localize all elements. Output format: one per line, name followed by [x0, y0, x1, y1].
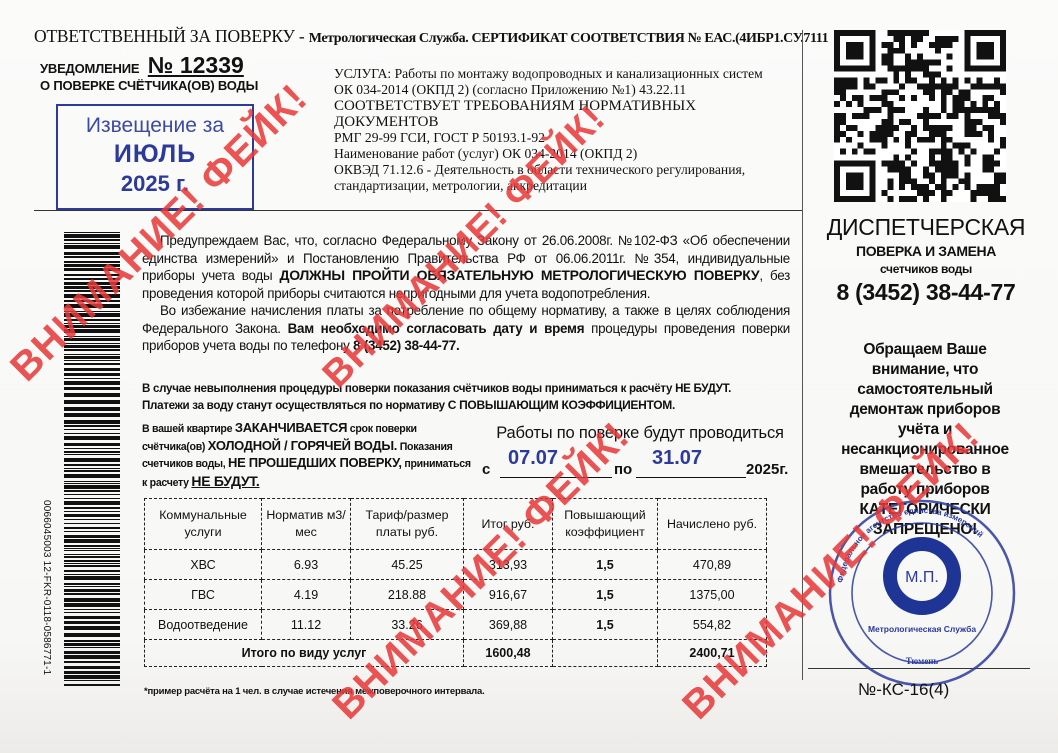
- cell-tariff: 218.88: [351, 580, 464, 610]
- cell-tariff: 33.26: [351, 610, 464, 640]
- qr-code-icon: [834, 30, 1006, 202]
- col-header: Итог руб.: [464, 499, 553, 550]
- month-box-year: 2025 г.: [58, 171, 252, 197]
- svg-text:М.П.: М.П.: [905, 569, 939, 586]
- side-warning-line: Обращаем Ваше: [816, 340, 1034, 360]
- cell-service: ХВС: [145, 550, 262, 580]
- responsible-label: ОТВЕТСТВЕННЫЙ ЗА ПОВЕРКУ -: [34, 26, 305, 46]
- period-title: Работы по поверке будут проводиться: [480, 424, 800, 443]
- total-label: Итого по виду услуг: [145, 640, 464, 667]
- expiry-notice: В вашей квартире ЗАКАНЧИВАЕТСЯ срок пове…: [142, 420, 477, 491]
- cell-norm: 6.93: [262, 550, 351, 580]
- notice-title: УВЕДОМЛЕНИЕ № 12339: [40, 52, 244, 79]
- month-box-month: ИЮЛЬ: [58, 140, 252, 169]
- cell-norm: 4.19: [262, 580, 351, 610]
- cell-subtotal: 369,88: [464, 610, 553, 640]
- notice-subtitle: О ПОВЕРКЕ СЧЁТЧИКА(ОВ) ВОДЫ: [40, 78, 258, 93]
- penalty-line: В случае невыполнения процедуры поверки …: [142, 380, 802, 397]
- month-box-label: Извещение за: [58, 114, 252, 138]
- side-warning-line: учёта и: [816, 420, 1034, 440]
- barcode-number: 0066045003 12-FKR-0118-0586771-1: [41, 500, 52, 675]
- side-warning-line: несанкционированное: [816, 440, 1034, 460]
- total-charged: 2400,71: [658, 640, 767, 667]
- svg-text:Тюмень: Тюмень: [906, 656, 939, 666]
- notice-label: УВЕДОМЛЕНИЕ: [40, 61, 139, 76]
- period-from-date: 07.07: [508, 447, 558, 470]
- dispatcher-title: ДИСПЕТЧЕРСКАЯ: [806, 214, 1046, 241]
- paragraph-appointment: Во избежание начисления платы за потребл…: [142, 302, 790, 355]
- period-to-date: 31.07: [652, 447, 702, 470]
- service-line: УСЛУГА: Работы по монтажу водопроводных …: [334, 66, 794, 82]
- col-header: Норматив м3/мес: [262, 499, 351, 550]
- period-year: 2025г.: [746, 461, 788, 478]
- cell-charged: 470,89: [658, 550, 767, 580]
- vertical-divider: [802, 30, 803, 680]
- to-label: по: [614, 461, 632, 478]
- service-block: УСЛУГА: Работы по монтажу водопроводных …: [334, 66, 794, 194]
- side-warning-line: самостоятельный: [816, 380, 1034, 400]
- svg-text:Метрологическая Служба: Метрологическая Служба: [868, 624, 976, 634]
- service-line: ОК 034-2014 (ОКПД 2) (согласно Приложени…: [334, 82, 794, 98]
- header-line: ОТВЕТСТВЕННЫЙ ЗА ПОВЕРКУ - Метрологическ…: [34, 26, 828, 47]
- penalty-note: В случае невыполнения процедуры поверки …: [142, 380, 802, 414]
- cell-coefficient: 1,5: [553, 550, 658, 580]
- service-line: РМГ 29-99 ГСИ, ГОСТ Р 50193.1-92: [334, 130, 794, 146]
- notice-number: № 12339: [148, 52, 244, 78]
- notice-document: ОТВЕТСТВЕННЫЙ ЗА ПОВЕРКУ - Метрологическ…: [0, 0, 1058, 753]
- form-code: №-КС-16(4): [858, 680, 949, 700]
- service-line: стандартизации, метрологии, аккредитации: [334, 178, 794, 194]
- dispatcher-line2: ПОВЕРКА И ЗАМЕНА: [806, 243, 1046, 259]
- cell-charged: 554,82: [658, 610, 767, 640]
- barcode-icon: [64, 232, 120, 687]
- cell-service: Водоотведение: [145, 610, 262, 640]
- col-header: Повышающий коэффициент: [553, 499, 658, 550]
- contact-phone: 8 (3452) 38-44-77.: [353, 338, 459, 353]
- table-row: ГВС 4.19 218.88 916,67 1,5 1375,00: [145, 580, 767, 610]
- verification-period: Работы по поверке будут проводиться с 07…: [480, 424, 800, 481]
- side-warning-line: вмешательство в: [816, 460, 1034, 480]
- main-warning-text: Предупреждаем Вас, что, согласно Федерал…: [142, 232, 790, 355]
- cell-norm: 11.12: [262, 610, 351, 640]
- from-label: с: [482, 461, 490, 478]
- total-subtotal: 1600,48: [464, 640, 553, 667]
- table-header-row: Коммунальные услуги Норматив м3/мес Тари…: [145, 499, 767, 550]
- footnote: *пример расчёта на 1 чел. в случае истеч…: [144, 686, 485, 697]
- side-warning-line: работу приборов: [816, 480, 1034, 500]
- side-warning-line: демонтаж приборов: [816, 400, 1034, 420]
- service-line: ОКВЭД 71.12.6 - Деятельность в области т…: [334, 162, 794, 178]
- total-empty: [553, 640, 658, 667]
- service-line: Наименование работ (услуг) ОК 034-2014 (…: [334, 146, 794, 162]
- horizontal-divider: [34, 210, 802, 211]
- table-total-row: Итого по виду услуг 1600,48 2400,71: [145, 640, 767, 667]
- table-row: Водоотведение 11.12 33.26 369,88 1,5 554…: [145, 610, 767, 640]
- official-stamp-icon: М.П. Метрологическая Служба Тюмень Федер…: [822, 498, 1022, 688]
- cell-subtotal: 916,67: [464, 580, 553, 610]
- col-header: Тариф/размер платы руб.: [351, 499, 464, 550]
- cell-coefficient: 1,5: [553, 580, 658, 610]
- service-certificate: Метрологическая Служба. СЕРТИФИКАТ СООТВ…: [309, 31, 829, 46]
- penalty-line: Платежи за воду станут осуществляться по…: [142, 397, 802, 414]
- service-line: СООТВЕТСТВУЕТ ТРЕБОВАНИЯМ НОРМАТИВНЫХ ДО…: [334, 98, 794, 130]
- cell-service: ГВС: [145, 580, 262, 610]
- dispatcher-line3: счетчиков воды: [806, 262, 1046, 276]
- cell-tariff: 45.25: [351, 550, 464, 580]
- dispatcher-block: ДИСПЕТЧЕРСКАЯ ПОВЕРКА И ЗАМЕНА счетчиков…: [806, 214, 1046, 306]
- dispatcher-phone: 8 (3452) 38-44-77: [806, 279, 1046, 306]
- cell-coefficient: 1,5: [553, 610, 658, 640]
- col-header: Начислено руб.: [658, 499, 767, 550]
- cell-charged: 1375,00: [658, 580, 767, 610]
- charges-table: Коммунальные услуги Норматив м3/мес Тари…: [144, 498, 767, 667]
- table-row: ХВС 6.93 45.25 313,93 1,5 470,89: [145, 550, 767, 580]
- paragraph-law: Предупреждаем Вас, что, согласно Федерал…: [142, 232, 790, 302]
- cell-subtotal: 313,93: [464, 550, 553, 580]
- side-warning-line: внимание, что: [816, 360, 1034, 380]
- col-header: Коммунальные услуги: [145, 499, 262, 550]
- month-box: Извещение за ИЮЛЬ 2025 г.: [56, 104, 254, 210]
